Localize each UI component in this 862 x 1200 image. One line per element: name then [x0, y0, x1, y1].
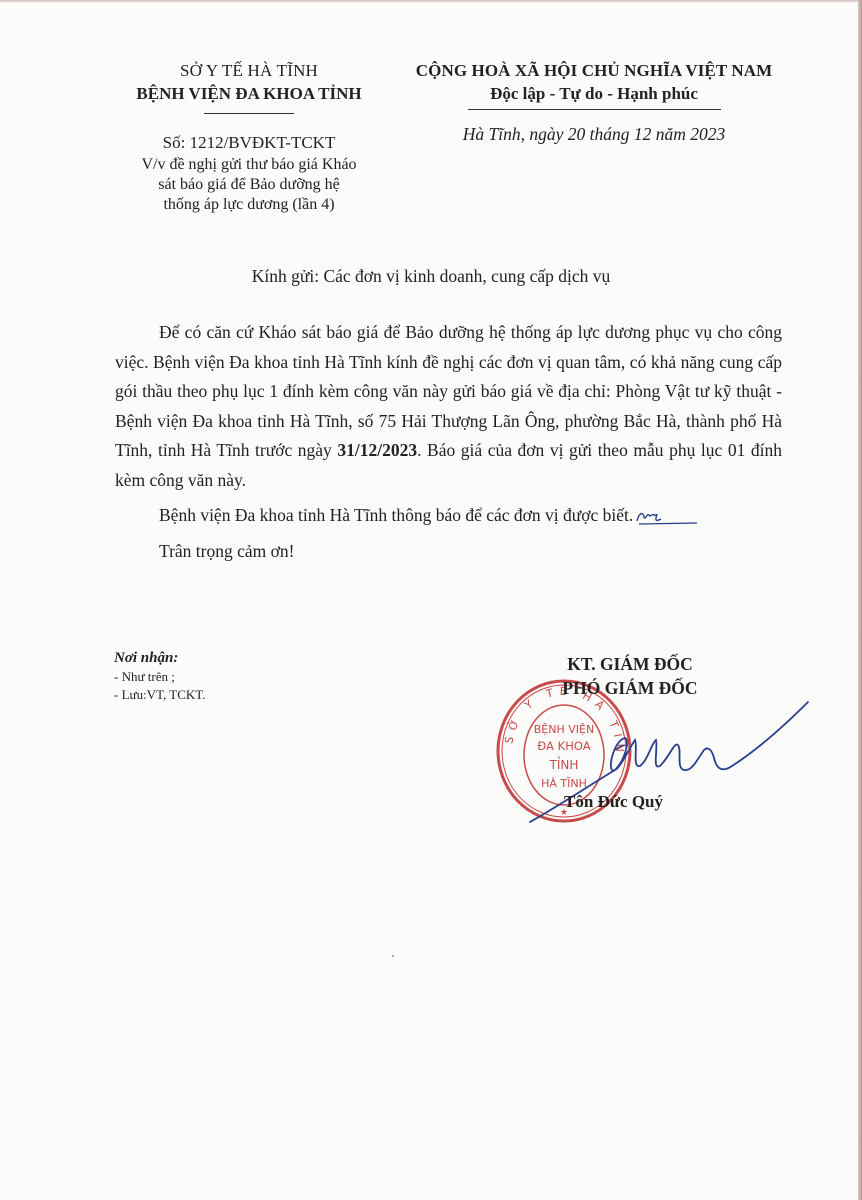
- national-motto: Độc lập - Tự do - Hạnh phúc: [384, 82, 804, 106]
- initials-mark-icon: [635, 507, 697, 525]
- recipient-item: - Lưu:VT, TCKT.: [114, 686, 206, 704]
- place-and-date: Hà Tĩnh, ngày 20 tháng 12 năm 2023: [384, 124, 804, 145]
- subject-line: V/v đề nghị gửi thư báo giá Kháo: [104, 155, 394, 175]
- subject-line: sát báo giá để Bảo dưỡng hệ: [104, 175, 394, 195]
- agency-name: SỞ Y TẾ HÀ TĨNH: [104, 60, 394, 82]
- body-paragraph-1: Để có căn cứ Kháo sát báo giá để Bảo dưỡ…: [115, 318, 782, 495]
- national-header: CỘNG HOÀ XÃ HỘI CHỦ NGHĨA VIỆT NAM Độc l…: [384, 60, 804, 145]
- header-divider-right: [468, 109, 721, 110]
- subject-line: thống áp lực dương (lần 4): [104, 195, 394, 215]
- document-subject: V/v đề nghị gửi thư báo giá Kháo sát báo…: [104, 155, 394, 215]
- deadline-date: 31/12/2023: [337, 440, 417, 460]
- signer-title-1: KT. GIÁM ĐỐC: [500, 652, 760, 676]
- header-divider-left: [204, 113, 294, 114]
- recipients-title: Nơi nhận:: [114, 648, 206, 668]
- issuer-header: SỞ Y TẾ HÀ TĨNH BỆNH VIỆN ĐA KHOA TỈNH S…: [104, 60, 394, 215]
- recipient-item: - Như trên ;: [114, 668, 206, 686]
- paper-speck: [392, 955, 394, 957]
- national-title: CỘNG HOÀ XÃ HỘI CHỦ NGHĨA VIỆT NAM: [384, 60, 804, 82]
- recipients-list: - Như trên ; - Lưu:VT, TCKT.: [114, 668, 206, 704]
- recipients-block: Nơi nhận: - Như trên ; - Lưu:VT, TCKT.: [114, 648, 206, 704]
- document-number: Số: 1212/BVĐKT-TCKT: [104, 132, 394, 154]
- page-right-edge: [858, 0, 862, 1200]
- body-paragraph-3: Trân trọng cảm ơn!: [115, 537, 782, 567]
- page-top-edge: [0, 0, 862, 3]
- letter-body: Để có căn cứ Kháo sát báo giá để Bảo dưỡ…: [115, 318, 782, 566]
- addressee: Kính gửi: Các đơn vị kinh doanh, cung cấ…: [0, 266, 862, 287]
- hospital-name: BỆNH VIỆN ĐA KHOA TỈNH: [104, 82, 394, 106]
- signer-name: Tôn Đức Quý: [564, 792, 663, 812]
- body-paragraph-2: Bệnh viện Đa khoa tỉnh Hà Tĩnh thông báo…: [115, 501, 782, 531]
